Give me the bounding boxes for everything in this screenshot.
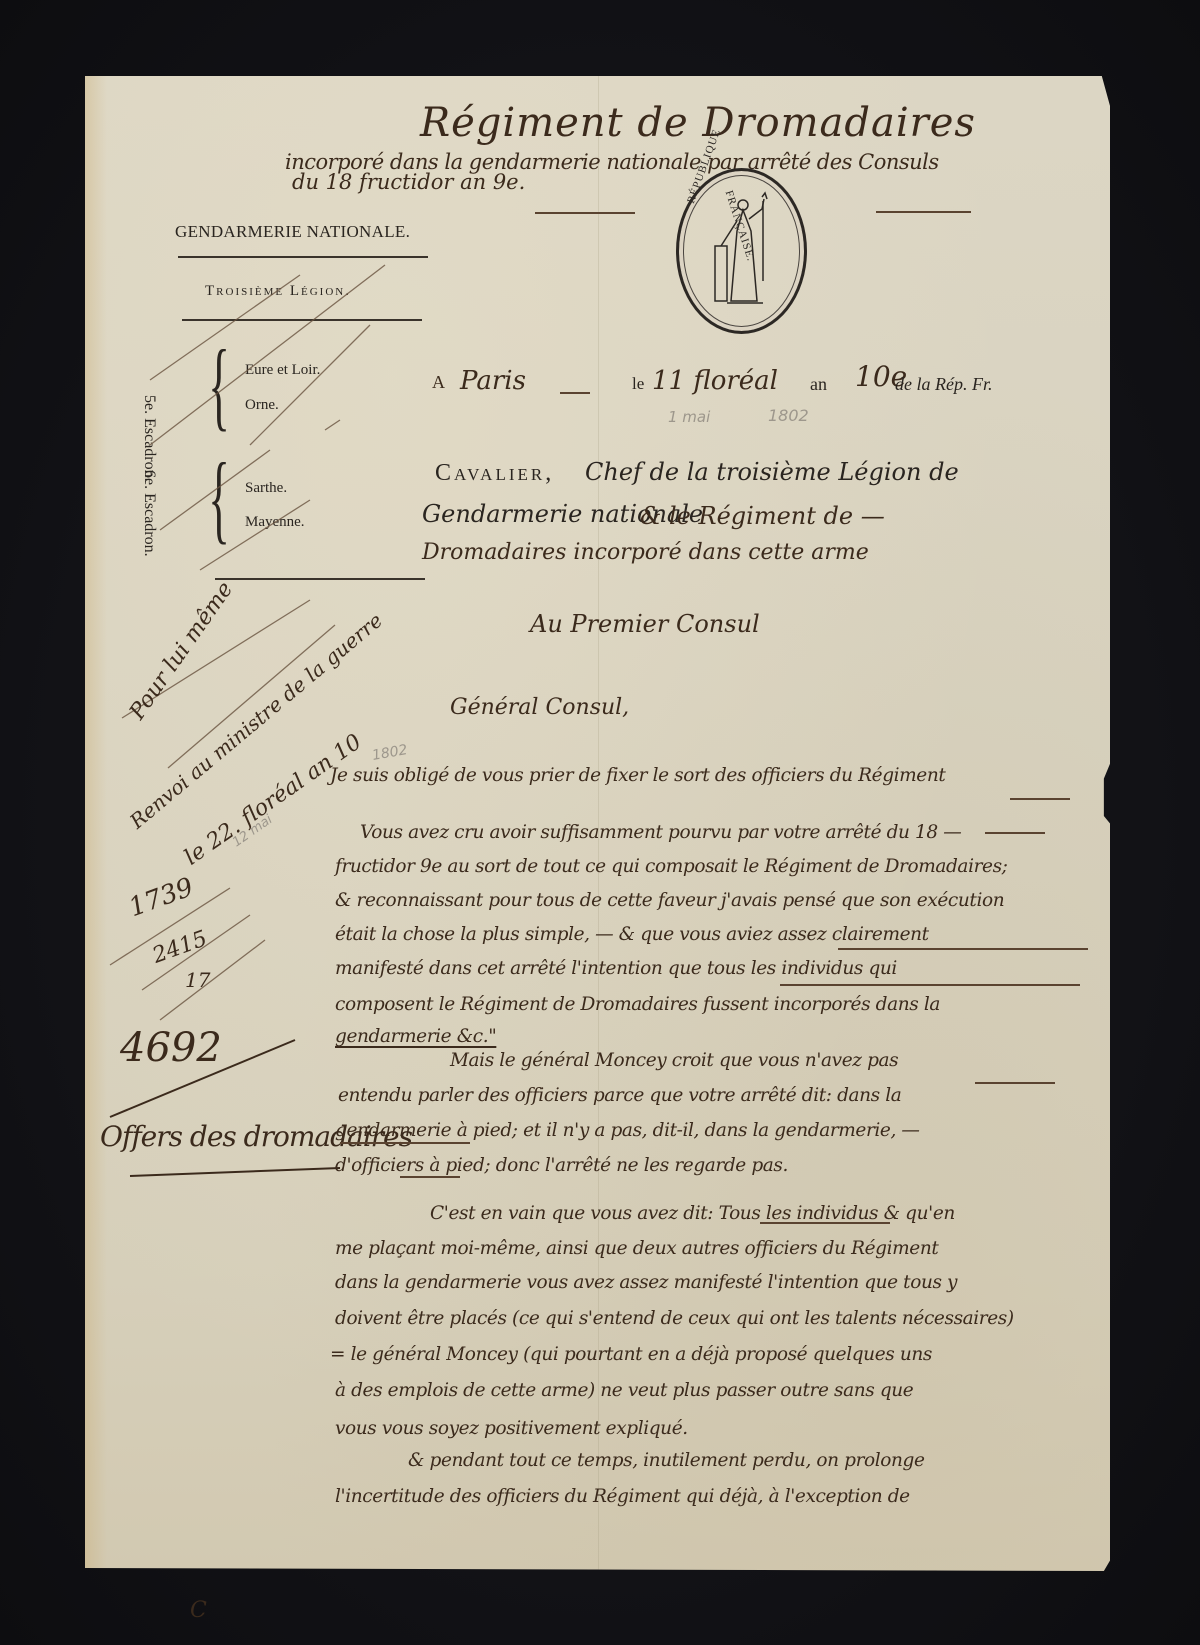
body-line: Vous avez cru avoir suffisamment pourvu … bbox=[360, 822, 961, 843]
body-line: me plaçant moi-même, ainsi que deux autr… bbox=[335, 1238, 938, 1259]
body-line: composent le Régiment de Dromadaires fus… bbox=[335, 994, 940, 1015]
sender-line-3: Dromadaires incorporé dans cette arme bbox=[422, 540, 869, 565]
dateline-suffix: de la Rép. Fr. bbox=[895, 374, 992, 395]
pencil-date-year: 1802 bbox=[768, 406, 809, 425]
body-line: & reconnaissant pour tous de cette faveu… bbox=[335, 890, 1004, 911]
body-line: dans la gendarmerie vous avez assez mani… bbox=[335, 1272, 957, 1293]
addressee: Au Premier Consul bbox=[530, 610, 760, 638]
body-line: gendarmerie &c." bbox=[335, 1026, 496, 1047]
underline bbox=[760, 1222, 890, 1224]
body-line: Je suis obligé de vous prier de fixer le… bbox=[330, 765, 945, 786]
dateline-place: Paris bbox=[460, 366, 526, 396]
dateline-day-month: 11 floréal bbox=[652, 366, 778, 396]
underline bbox=[340, 1142, 470, 1144]
body-line: gendarmerie à pied; et il n'y a pas, dit… bbox=[335, 1120, 920, 1141]
marianne-figure-icon bbox=[707, 191, 777, 311]
body-line: vous vous soyez positivement expliqué. bbox=[335, 1418, 688, 1439]
body-line: manifesté dans cet arrêté l'intention qu… bbox=[335, 958, 897, 979]
photo-background: Régiment de Dromadaires incorporé dans l… bbox=[0, 0, 1200, 1645]
underline bbox=[975, 1082, 1055, 1084]
margin-number-3: 17 bbox=[185, 968, 210, 992]
body-line: à des emplois de cette arme) ne veut plu… bbox=[335, 1380, 913, 1401]
underline bbox=[985, 832, 1045, 834]
dateline-an: an bbox=[810, 374, 827, 395]
dateline-prefix: A bbox=[432, 372, 445, 393]
body-line: fructidor 9e au sort de tout ce qui comp… bbox=[335, 856, 1008, 877]
sender-name: Cavalier, bbox=[435, 460, 554, 487]
body-line: était la chose la plus simple, — & que v… bbox=[335, 924, 929, 945]
body-line: = le général Moncey (qui pourtant en a d… bbox=[330, 1344, 932, 1365]
underline bbox=[400, 1176, 460, 1178]
salutation: Général Consul, bbox=[450, 695, 629, 720]
dateline-le: le bbox=[632, 374, 644, 394]
underline bbox=[838, 948, 1088, 950]
body-line: entendu parler des officiers parce que v… bbox=[338, 1085, 901, 1106]
body-line: d'officiers à pied; donc l'arrêté ne les… bbox=[335, 1155, 788, 1176]
body-line: doivent être placés (ce qui s'entend de … bbox=[335, 1308, 1014, 1329]
body-line: l'incertitude des officiers du Régiment … bbox=[335, 1486, 910, 1507]
sender-title: Chef de la troisième Légion de bbox=[585, 458, 959, 486]
footer-mark: C bbox=[190, 1598, 207, 1623]
body-line: C'est en vain que vous avez dit: Tous le… bbox=[430, 1203, 955, 1224]
sender-regiment: & le Régiment de — bbox=[640, 502, 885, 530]
file-number: 4692 bbox=[120, 1025, 222, 1071]
marianne-seal-icon: RÉPUBLIQUE FRANÇAISE. bbox=[676, 168, 807, 334]
subject-note: Offers des dromadaires bbox=[100, 1120, 412, 1153]
underline bbox=[780, 984, 1080, 986]
pencil-date-day: 1 mai bbox=[668, 408, 710, 426]
underline bbox=[1010, 798, 1070, 800]
dash bbox=[560, 392, 590, 394]
body-line: Mais le général Moncey croit que vous n'… bbox=[450, 1050, 898, 1071]
body-line: & pendant tout ce temps, inutilement per… bbox=[408, 1450, 925, 1471]
